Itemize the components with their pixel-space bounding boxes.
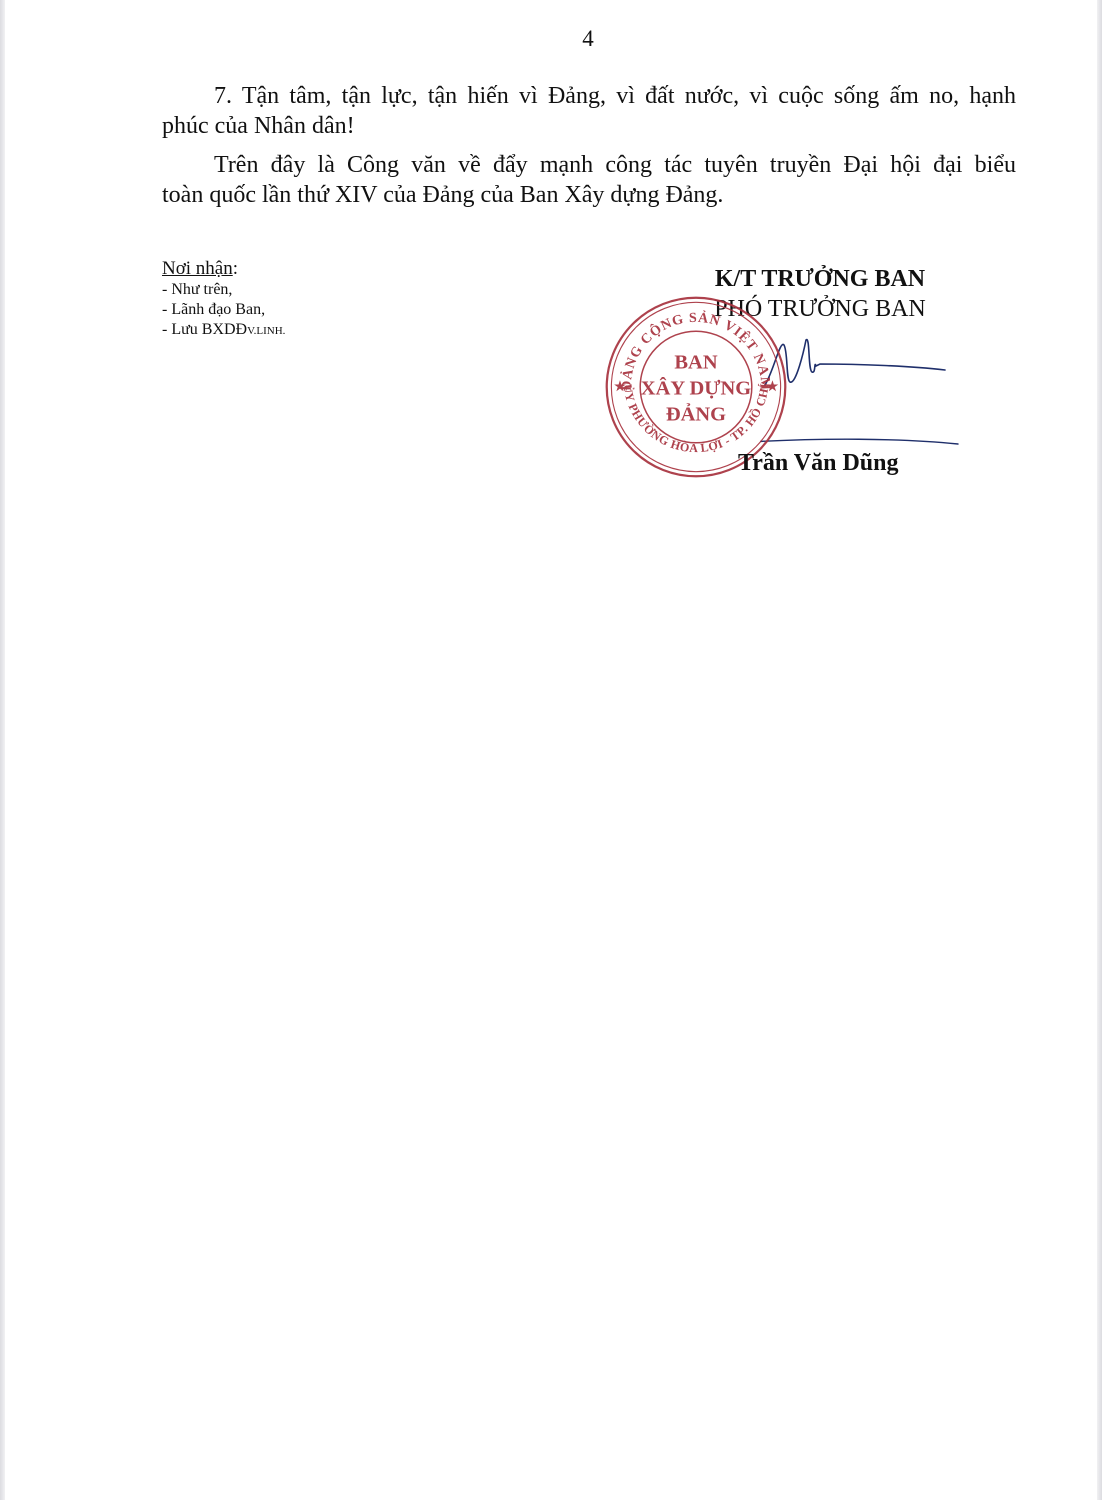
svg-text:BAN: BAN [674, 351, 717, 373]
paragraph-line: 7. Tận tâm, tận lực, tận hiến vì Đảng, v… [162, 81, 1016, 111]
recipients-heading: Nơi nhận: [162, 258, 285, 280]
handwritten-signature-icon [760, 330, 960, 450]
paragraph-item-7: 7. Tận tâm, tận lực, tận hiến vì Đảng, v… [162, 81, 1016, 141]
page-edge-right [1097, 0, 1102, 1500]
recipients-block: Nơi nhận: - Như trên, - Lãnh đạo Ban, - … [162, 258, 285, 341]
svg-text:★: ★ [767, 379, 779, 394]
page-number: 4 [0, 26, 1102, 52]
paragraph-line: toàn quốc lần thứ XIV của Đảng của Ban X… [162, 180, 1016, 210]
recipient-item: - Lưu BXDĐV.LINH. [162, 320, 285, 341]
paragraph-line: phúc của Nhân dân! [162, 111, 1016, 141]
recipient-item: - Lãnh đạo Ban, [162, 300, 285, 320]
paragraph-line: Trên đây là Công văn về đẩy mạnh công tá… [162, 150, 1016, 180]
closing-paragraph: Trên đây là Công văn về đẩy mạnh công tá… [162, 150, 1016, 210]
recipients-title: Nơi nhận [162, 258, 233, 279]
signer-name: Trần Văn Dũng [738, 450, 899, 477]
signature-title: K/T TRƯỞNG BAN [690, 264, 950, 294]
page-edge-left [0, 0, 5, 1500]
svg-text:★: ★ [614, 379, 626, 394]
svg-text:ĐẢNG: ĐẢNG [666, 402, 726, 425]
svg-text:XÂY DỰNG: XÂY DỰNG [641, 375, 751, 399]
recipient-item: - Như trên, [162, 280, 285, 300]
archive-initials: V.LINH. [247, 325, 285, 337]
